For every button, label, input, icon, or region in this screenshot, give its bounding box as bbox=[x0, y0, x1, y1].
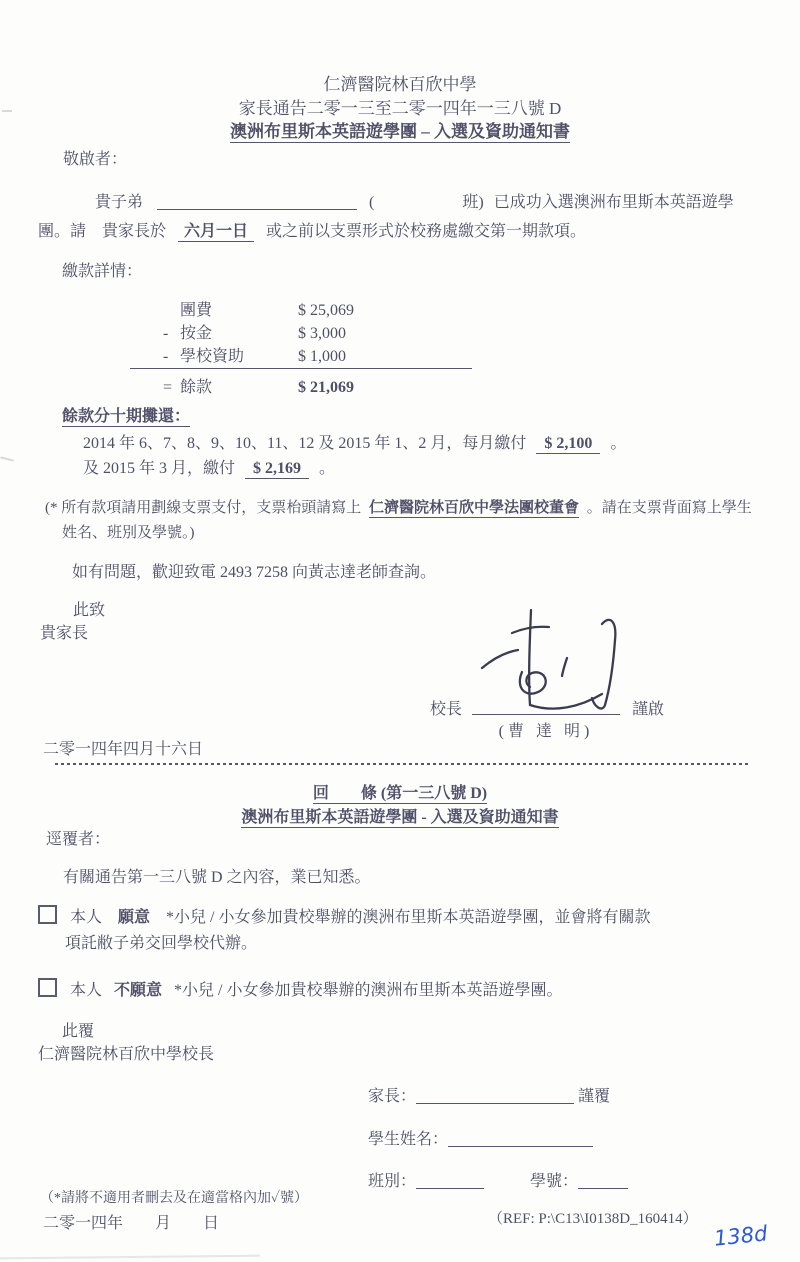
letter-date: 二零一四年四月十六日 bbox=[43, 736, 203, 759]
installment-heading: 餘款分十期攤還： bbox=[62, 403, 190, 426]
option-willing-line2: 項託敝子弟交回學校代辦。 bbox=[65, 930, 257, 953]
payment-label: 學校資助 bbox=[180, 343, 298, 366]
reply-slip-title: 回 條 (第一三八號 D) bbox=[0, 780, 800, 803]
reference-code: （REF: P:\C13\I0138D_160414） bbox=[488, 1207, 698, 1228]
student-name-label: 貴子弟 bbox=[95, 194, 143, 211]
parent-label: 家長： bbox=[368, 1088, 416, 1105]
payment-label: 餘款 bbox=[180, 374, 298, 397]
reply-slip-title-text: 回 條 (第一三八號 D) bbox=[313, 785, 487, 804]
installment-heading-text: 餘款分十期攤還： bbox=[62, 408, 190, 427]
closing-cc: 此致 bbox=[73, 597, 105, 620]
installment-line2-amount: $ 2,169 bbox=[245, 460, 309, 479]
option-willing-pre: 本人 bbox=[70, 909, 102, 926]
payment-amount-total: $ 21,069 bbox=[298, 379, 354, 397]
class-field-blank[interactable] bbox=[416, 1173, 484, 1189]
payment-row-deposit: -按金$ 3,000 bbox=[163, 320, 346, 343]
installment-line1-text: 2014 年 6、7、8、9、10、11、12 及 2015 年 1、2 月，每… bbox=[83, 435, 526, 452]
school-name: 仁濟醫院林百欣中學 bbox=[0, 70, 800, 95]
principal-title-label: 校長 bbox=[430, 696, 462, 719]
notice-title: 澳洲布里斯本英語遊學團 – 入選及資助通知書 bbox=[0, 117, 800, 142]
installment-line1-period: 。 bbox=[610, 435, 626, 452]
reply-date-line: 二零一四年 月 日 bbox=[43, 1210, 219, 1233]
installment-line2-period: 。 bbox=[319, 460, 335, 477]
scanned-notice-page: 仁濟醫院林百欣中學 家長通告二零一三至二零一四年一三八號 D 澳洲布里斯本英語遊… bbox=[0, 0, 800, 1262]
payment-op: = bbox=[163, 379, 180, 397]
number-field-label: 學號： bbox=[530, 1173, 578, 1190]
installment-line1-amount: $ 2,100 bbox=[536, 435, 600, 454]
payment-heading: 繳款詳情： bbox=[62, 258, 142, 281]
deadline-pre-text: 團。請 貴家長於 bbox=[38, 223, 166, 240]
reply-slip-subtitle-text: 澳洲布里斯本英語遊學團 - 入選及資助通知書 bbox=[241, 809, 558, 828]
payment-amount: $ 1,000 bbox=[298, 348, 346, 366]
class-number-field: 班別：學號： bbox=[368, 1168, 628, 1191]
parent-signature-field: 家長：謹覆 bbox=[368, 1083, 610, 1106]
tear-off-separator bbox=[55, 763, 748, 765]
cheque-note-post: 。請在支票背面寫上學生 bbox=[587, 500, 752, 516]
handwritten-annotation: 138d bbox=[713, 1221, 769, 1250]
payment-amount: $ 25,069 bbox=[298, 302, 354, 320]
principal-name: (曹 達 明) bbox=[466, 718, 626, 741]
cheque-note-line1: (* 所有款項請用劃線支票支付，支票枱頭請寫上 仁濟醫院林百欣中學法團校董會 。… bbox=[45, 496, 752, 517]
scan-artifact bbox=[0, 456, 14, 461]
reply-footnote: （*請將不適用者刪去及在適當格內加✓號） bbox=[40, 1187, 308, 1207]
respectfully-label: 謹啟 bbox=[632, 696, 664, 719]
option-unwilling-text: *小兒 / 小女參加貴校舉辦的澳洲布里斯本英語遊學團。 bbox=[174, 982, 562, 999]
letter-salutation: 敬啟者： bbox=[63, 146, 127, 169]
closing-recipient: 貴家長 bbox=[40, 620, 88, 643]
option-willing-checkbox[interactable] bbox=[38, 905, 57, 924]
parent-respectfully-label: 謹覆 bbox=[578, 1088, 610, 1105]
option-willing-row: 本人 願意 *小兒 / 小女參加貴校舉辦的澳洲布里斯本英語遊學團，並會將有關款 bbox=[38, 904, 650, 927]
installment-line2: 及 2015 年 3 月，繳付 $ 2,169 。 bbox=[83, 455, 335, 478]
letter-paragraph1-line2: 團。請 貴家長於 六月一日 或之前以支票形式於校務處繳交第一期款項。 bbox=[38, 218, 586, 241]
class-field-label: 班別： bbox=[368, 1173, 416, 1190]
cheque-note-line2: 姓名、班別及學號。) bbox=[62, 521, 195, 542]
option-unwilling-choice: 不願意 bbox=[114, 982, 162, 999]
cheque-payee-name: 仁濟醫院林百欣中學法團校董會 bbox=[369, 500, 579, 518]
selection-text: 已成功入選澳洲布里斯本英語遊學 bbox=[494, 194, 734, 211]
number-field-blank[interactable] bbox=[578, 1173, 628, 1189]
deadline-date: 六月一日 bbox=[178, 223, 254, 242]
reply-recipient: 仁濟醫院林百欣中學校長 bbox=[38, 1041, 214, 1064]
letter-paragraph1-line1: 貴子弟 ( 班) 已成功入選澳洲布里斯本英語遊學 bbox=[95, 189, 734, 212]
scan-artifact bbox=[0, 1255, 260, 1260]
payment-label: 團費 bbox=[180, 297, 298, 320]
cheque-note-pre: (* 所有款項請用劃線支票支付，支票枱頭請寫上 bbox=[45, 500, 361, 516]
option-unwilling-pre: 本人 bbox=[70, 982, 102, 999]
option-unwilling-row: 本人 不願意 *小兒 / 小女參加貴校舉辦的澳洲布里斯本英語遊學團。 bbox=[38, 977, 562, 1000]
student-name-blank[interactable] bbox=[157, 194, 357, 210]
class-blank[interactable] bbox=[378, 206, 458, 207]
payment-op: - bbox=[163, 348, 180, 366]
notice-title-text: 澳洲布里斯本英語遊學團 – 入選及資助通知書 bbox=[230, 122, 570, 143]
payment-op: - bbox=[163, 325, 180, 343]
student-name-field: 學生姓名： bbox=[368, 1126, 593, 1149]
notice-number-line: 家長通告二零一三至二零一四年一三八號 D bbox=[0, 94, 800, 119]
payment-label: 按金 bbox=[180, 320, 298, 343]
option-unwilling-checkbox[interactable] bbox=[38, 978, 57, 997]
signature-line bbox=[472, 690, 620, 715]
parent-signature-blank[interactable] bbox=[416, 1088, 574, 1104]
payment-row-fee: 團費$ 25,069 bbox=[163, 297, 354, 320]
class-paren-open: ( bbox=[369, 194, 374, 211]
reply-slip-subtitle: 澳洲布里斯本英語遊學團 - 入選及資助通知書 bbox=[0, 804, 800, 827]
option-willing-choice: 願意 bbox=[118, 909, 150, 926]
student-name-field-blank[interactable] bbox=[448, 1131, 593, 1147]
payment-row-subsidy: -學校資助$ 1,000 bbox=[163, 343, 346, 366]
installment-line2-text: 及 2015 年 3 月，繳付 bbox=[83, 460, 235, 477]
installment-line1: 2014 年 6、7、8、9、10、11、12 及 2015 年 1、2 月，每… bbox=[83, 430, 626, 453]
payment-row-balance: =餘款$ 21,069 bbox=[163, 374, 354, 397]
class-paren-close: 班) bbox=[462, 194, 483, 211]
reply-acknowledgement: 有關通告第一三八號 D 之內容，業已知悉。 bbox=[63, 864, 371, 887]
payment-amount: $ 3,000 bbox=[298, 325, 346, 343]
payment-sum-rule bbox=[130, 368, 472, 369]
reply-cc: 此覆 bbox=[62, 1018, 94, 1041]
reply-salutation: 逕覆者： bbox=[46, 826, 110, 849]
contact-line: 如有問題，歡迎致電 2493 7258 向黃志達老師查詢。 bbox=[72, 559, 436, 582]
student-name-field-label: 學生姓名： bbox=[368, 1131, 448, 1148]
deadline-post-text: 或之前以支票形式於校務處繳交第一期款項。 bbox=[266, 223, 586, 240]
option-willing-text: *小兒 / 小女參加貴校舉辦的澳洲布里斯本英語遊學團，並會將有關款 bbox=[166, 909, 650, 926]
